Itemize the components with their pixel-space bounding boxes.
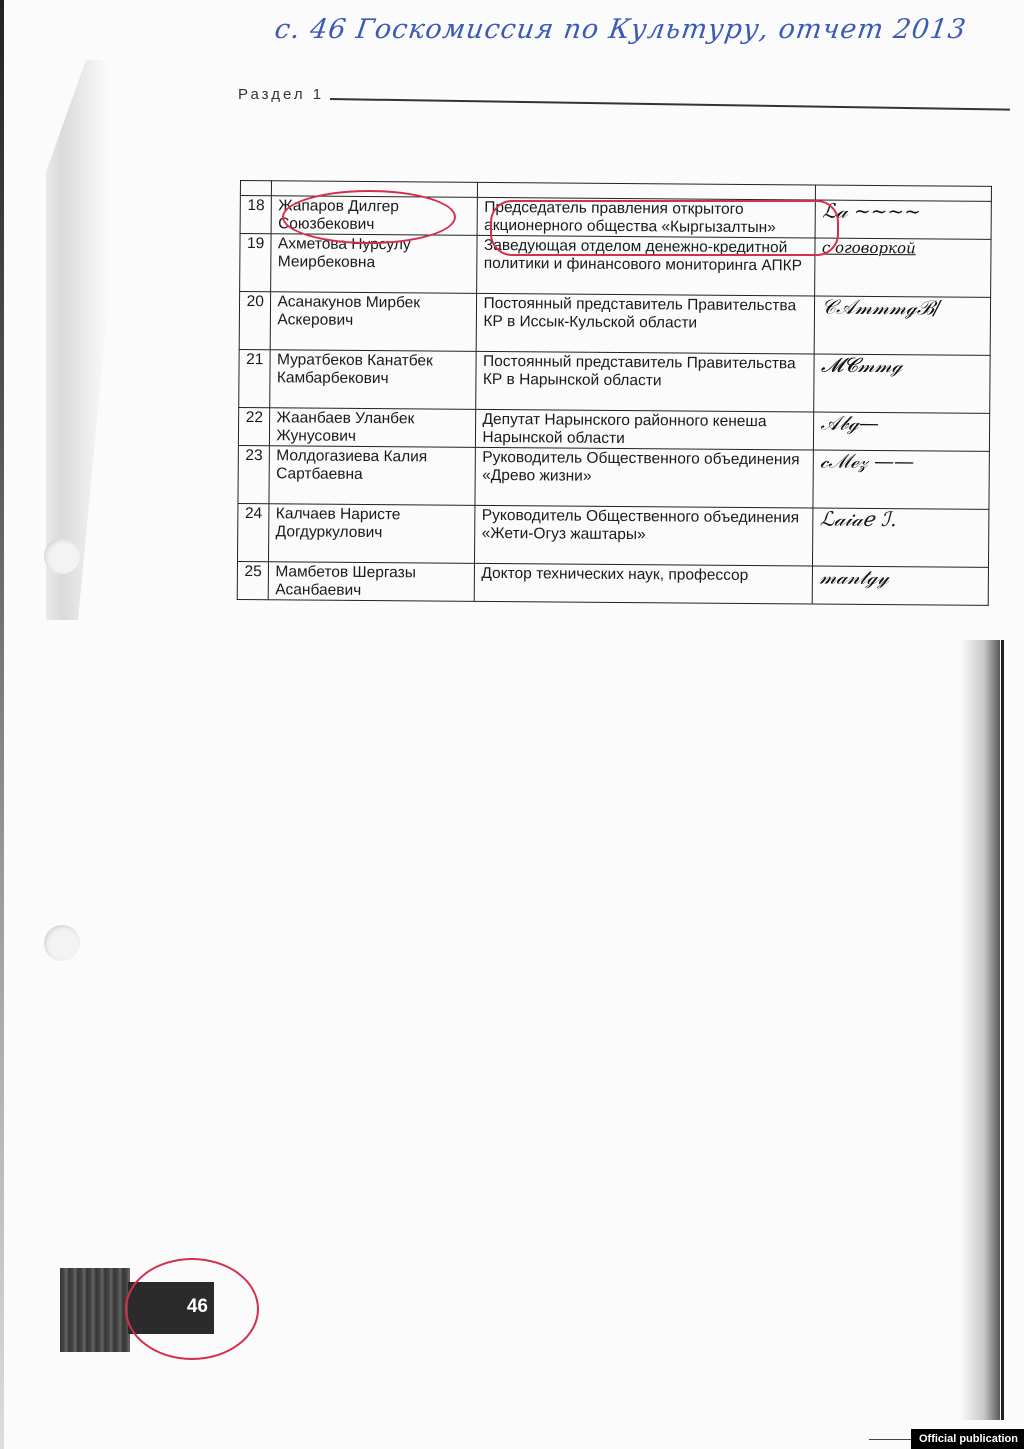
- handwritten-signature: 𝒸ℳℯ𝓏 ——: [820, 452, 983, 471]
- row-number: 21: [239, 349, 271, 407]
- binder-hole: [44, 925, 80, 961]
- member-position: Депутат Нарынского районного кенеша Нары…: [476, 409, 814, 450]
- member-name: Муратбеков Канатбек Камбарбекович: [270, 350, 476, 410]
- table-row: 18Жапаров Дилгер СоюзбековичПредседатель…: [240, 196, 991, 240]
- scan-right-edge: [1001, 640, 1004, 1420]
- book-edge-graphic: [60, 1268, 130, 1352]
- member-name: Мамбетов Шергазы Асанбаевич: [269, 562, 475, 602]
- handwritten-signature: 𝓜𝓒𝓂𝓂ℊ: [821, 356, 984, 375]
- section-label: Раздел 1: [238, 86, 324, 103]
- member-position: Заведующая отделом денежно-кредитной пол…: [477, 235, 815, 296]
- table-row: 20Асанакунов Мирбек АскеровичПостоянный …: [239, 292, 990, 356]
- signature-cell: 𝒞𝒜𝓂𝓂𝓂ℊℬ/: [815, 296, 991, 355]
- row-number: 20: [239, 292, 271, 350]
- table-row: 23Молдогазиева Калия СартбаевнаРуководит…: [238, 445, 989, 509]
- signature-cell: 𝒸ℳℯ𝓏 ——: [813, 450, 989, 509]
- member-name: Ахметова Нурсулу Меирбековна: [271, 234, 477, 294]
- member-position: Постоянный представитель Правительства К…: [476, 351, 814, 412]
- member-position: Председатель правления открытого акционе…: [478, 197, 816, 238]
- signature-cell: 𝓜𝓒𝓂𝓂ℊ: [814, 354, 990, 413]
- signature-cell: ℒ𝒶𝒾𝒶ℯ ℐ.: [813, 508, 989, 567]
- table-row: 22Жаанбаев Уланбек ЖунусовичДепутат Нары…: [238, 407, 989, 451]
- member-position: Постоянный представитель Правительства К…: [477, 293, 815, 354]
- member-name: Молдогазиева Калия Сартбаевна: [269, 446, 475, 506]
- member-name: Калчаев Наристе Догдуркулович: [269, 504, 475, 564]
- row-number: 24: [238, 503, 270, 561]
- signature-cell: с оговоркой: [815, 238, 991, 297]
- member-position: Доктор технических наук, профессор: [475, 563, 813, 604]
- table-row: 21Муратбеков Канатбек КамбарбековичПосто…: [239, 349, 990, 413]
- handwritten-signature: 𝒜𝒷ℊ—: [820, 414, 983, 433]
- signature-cell: 𝓂𝒶𝓃𝓉ℊ𝓎: [813, 566, 989, 605]
- member-position: Руководитель Общественного объединения «…: [475, 447, 813, 508]
- handwritten-note: с. 46 Госкомиссия по Культуру, отчет 201…: [273, 14, 969, 45]
- handwritten-signature: ℒ𝒶𝒾𝒶ℯ ℐ.: [820, 510, 983, 529]
- members-table: 18Жапаров Дилгер СоюзбековичПредседатель…: [237, 180, 992, 606]
- row-number: 22: [238, 407, 270, 445]
- page-number-block: 46: [128, 1282, 214, 1334]
- table-row: 24Калчаев Наристе ДогдуркуловичРуководит…: [238, 503, 989, 567]
- member-name: Жапаров Дилгер Союзбекович: [272, 196, 478, 236]
- row-number: 18: [240, 196, 272, 234]
- official-publication-badge: Official publication: [911, 1429, 1024, 1449]
- member-name: Асанакунов Мирбек Аскерович: [271, 292, 477, 352]
- section-header: Раздел 1: [238, 86, 1013, 116]
- scan-left-edge: [0, 0, 4, 1449]
- table-row: 25Мамбетов Шергазы АсанбаевичДоктор техн…: [237, 561, 988, 605]
- signature-cell: 𝒜𝒷ℊ—: [814, 412, 990, 451]
- table-row: 19Ахметова Нурсулу МеирбековнаЗаведующая…: [240, 234, 991, 298]
- binder-hole: [44, 538, 80, 574]
- row-number: 19: [240, 234, 272, 292]
- handwritten-signature: ℒ𝒶 ~~~~: [822, 202, 985, 221]
- signature-cell: ℒ𝒶 ~~~~: [815, 200, 991, 239]
- handwritten-signature: 𝓂𝒶𝓃𝓉ℊ𝓎: [819, 568, 982, 587]
- scan-shadow-right: [960, 640, 1000, 1420]
- row-number: 25: [237, 561, 269, 599]
- page-number: 46: [187, 1296, 208, 1318]
- scan-shadow: [30, 60, 110, 620]
- row-number: 23: [238, 445, 270, 503]
- member-position: Руководитель Общественного объединения «…: [475, 505, 813, 566]
- section-divider: [330, 98, 1010, 110]
- member-name: Жаанбаев Уланбек Жунусович: [270, 408, 476, 448]
- handwritten-signature: 𝒞𝒜𝓂𝓂𝓂ℊℬ/: [821, 298, 984, 317]
- signature-note: с оговоркой: [822, 240, 985, 257]
